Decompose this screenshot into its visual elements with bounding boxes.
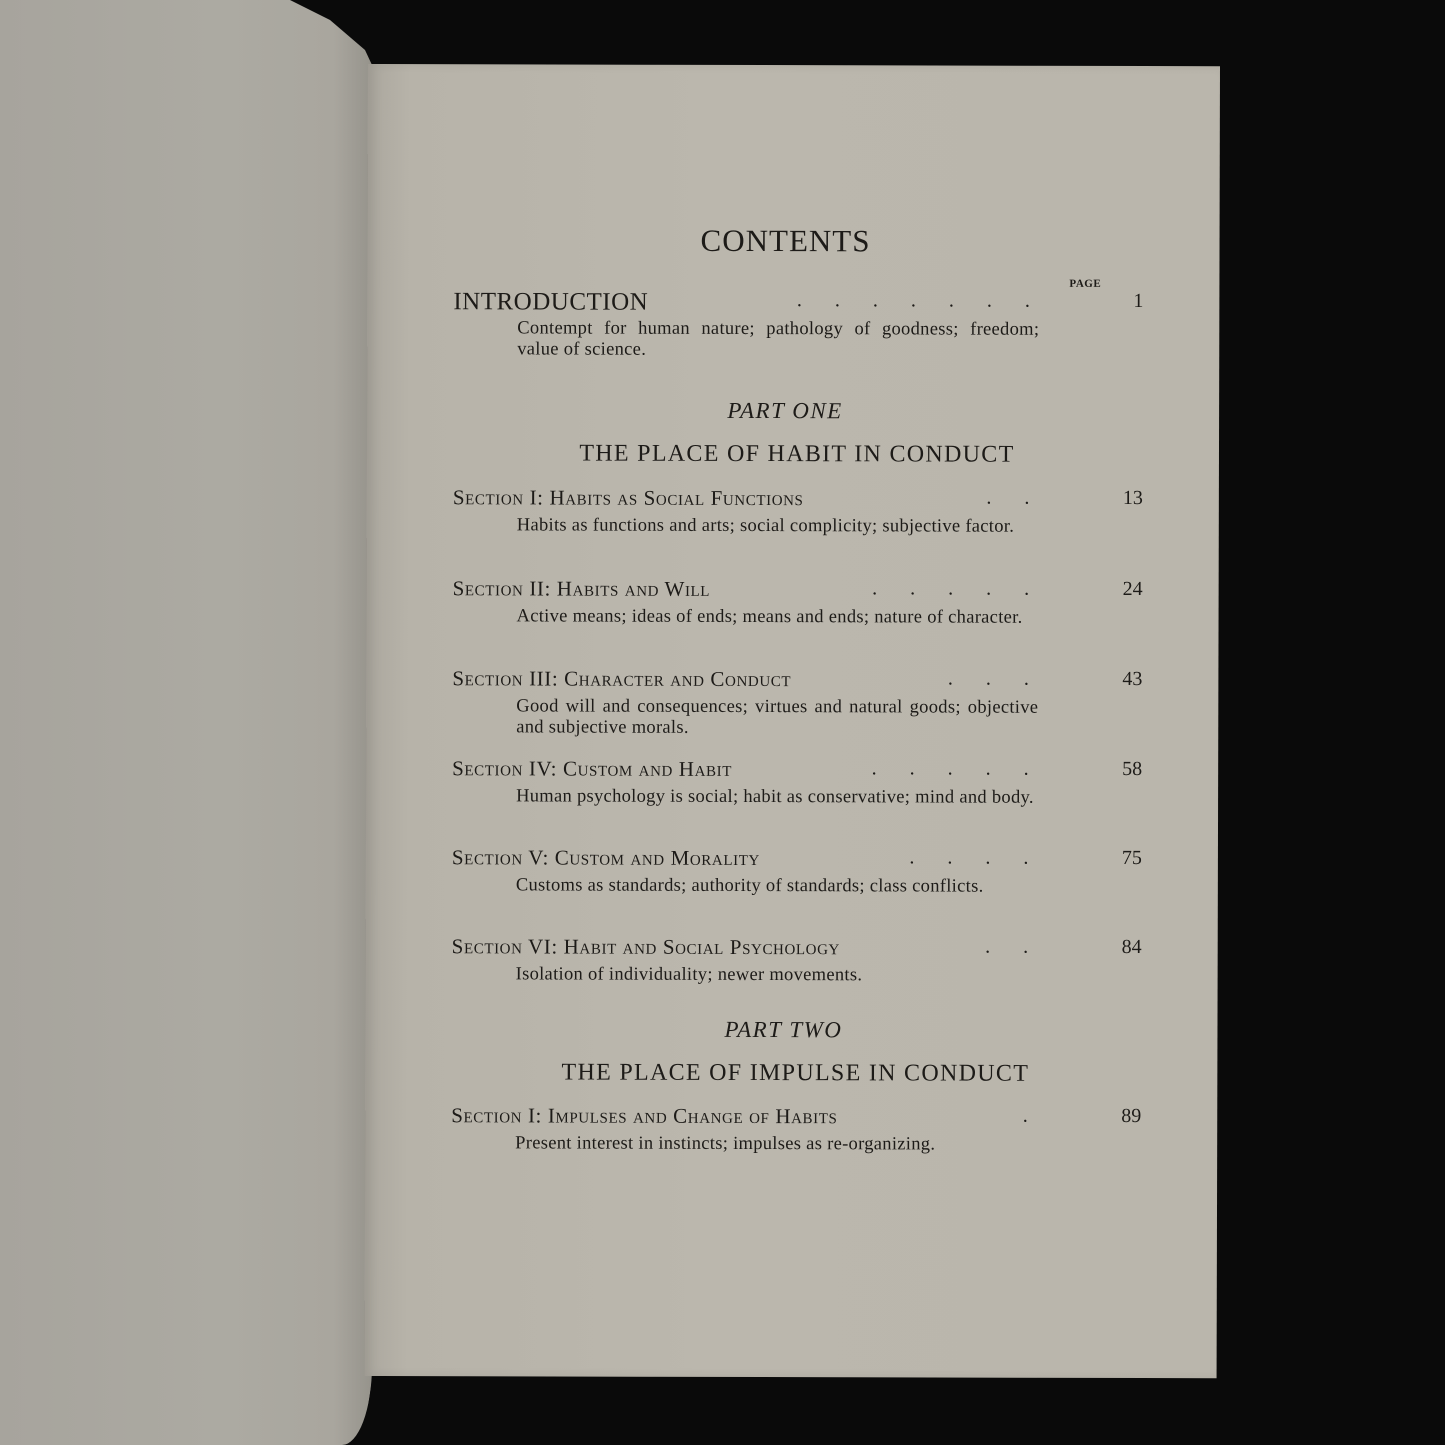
entry-description: Human psychology is social; habit as con… (516, 786, 1038, 808)
dot-leaders: ..... (856, 577, 1046, 600)
dot-leaders: .. (969, 936, 1045, 959)
page-number: 24 (1083, 578, 1143, 601)
toc-entry-part1-section-6: Section VI: Habit and Social Psychology … (452, 934, 1107, 987)
entry-description: Isolation of individuality; newer moveme… (516, 964, 1038, 986)
entry-description: Customs as standards; authority of stand… (516, 875, 1038, 897)
page-number: 89 (1081, 1105, 1141, 1128)
entry-description: Active means; ideas of ends; means and e… (517, 606, 1039, 628)
section-title: Character and Conduct (564, 667, 791, 692)
section-title: Habit and Social Psychology (564, 935, 840, 960)
section-number: Section III: (452, 666, 558, 690)
section-number: Section I: (453, 485, 544, 509)
page-number: 43 (1082, 668, 1142, 691)
part-one-title: THE PLACE OF HABIT IN CONDUCT (477, 440, 1117, 469)
page-number: 84 (1082, 936, 1142, 959)
page-column-label: PAGE (1069, 278, 1101, 290)
section-number: Section I: (451, 1103, 542, 1127)
entry-description: Good will and consequences; virtues and … (516, 696, 1038, 739)
entry-title: INTRODUCTION (453, 288, 648, 316)
toc-entry-part1-section-1: Section I: Habits as Social Functions ..… (453, 485, 1108, 538)
page-number: 1 (1083, 290, 1143, 313)
section-number: Section VI: (452, 934, 558, 958)
section-number: Section V: (452, 845, 549, 869)
page-number: 58 (1082, 758, 1142, 781)
entry-description: Present interest in instincts; impulses … (515, 1133, 1037, 1155)
part-one-label: PART ONE (367, 397, 1203, 425)
section-title: Custom and Habit (563, 757, 732, 781)
toc-entry-part1-section-3: Section III: Character and Conduct ... 4… (452, 666, 1107, 740)
section-title: Custom and Morality (555, 845, 760, 870)
entry-description: Habits as functions and arts; social com… (517, 515, 1039, 537)
toc-entry-part1-section-4: Section IV: Custom and Habit ..... 58 Hu… (452, 756, 1107, 809)
section-title: Habits and Will (557, 576, 710, 600)
photo-scene: CONTENTS PAGE INTRODUCTION ....... 1 Con… (0, 0, 1445, 1445)
section-number: Section IV: (452, 756, 557, 780)
section-title: Habits as Social Functions (549, 485, 803, 510)
right-page-contents: CONTENTS PAGE INTRODUCTION ....... 1 Con… (365, 64, 1220, 1378)
dot-leaders: . (1006, 1105, 1044, 1128)
dot-leaders: ..... (855, 757, 1045, 780)
dot-leaders: .. (970, 487, 1046, 510)
toc-entry-part1-section-5: Section V: Custom and Morality .... 75 C… (452, 845, 1107, 898)
page-number: 13 (1083, 487, 1143, 510)
section-title: Impulses and Change of Habits (548, 1103, 838, 1128)
page-number: 75 (1082, 847, 1142, 870)
part-two-title: THE PLACE OF IMPULSE IN CONDUCT (475, 1059, 1115, 1088)
left-page-verso (0, 0, 372, 1445)
toc-entry-part2-section-1: Section I: Impulses and Change of Habits… (451, 1103, 1106, 1156)
toc-entry-introduction: INTRODUCTION ....... 1 Contempt for huma… (453, 288, 1108, 362)
section-number: Section II: (453, 576, 551, 600)
entry-description: Contempt for human nature; pathology of … (517, 318, 1039, 361)
dot-leaders: ... (931, 667, 1045, 690)
contents-heading: CONTENTS (367, 222, 1203, 260)
part-two-label: PART TWO (365, 1016, 1201, 1044)
dot-leaders: .... (893, 846, 1045, 869)
toc-entry-part1-section-2: Section II: Habits and Will ..... 24 Act… (453, 576, 1108, 629)
dot-leaders: ....... (780, 289, 1046, 313)
